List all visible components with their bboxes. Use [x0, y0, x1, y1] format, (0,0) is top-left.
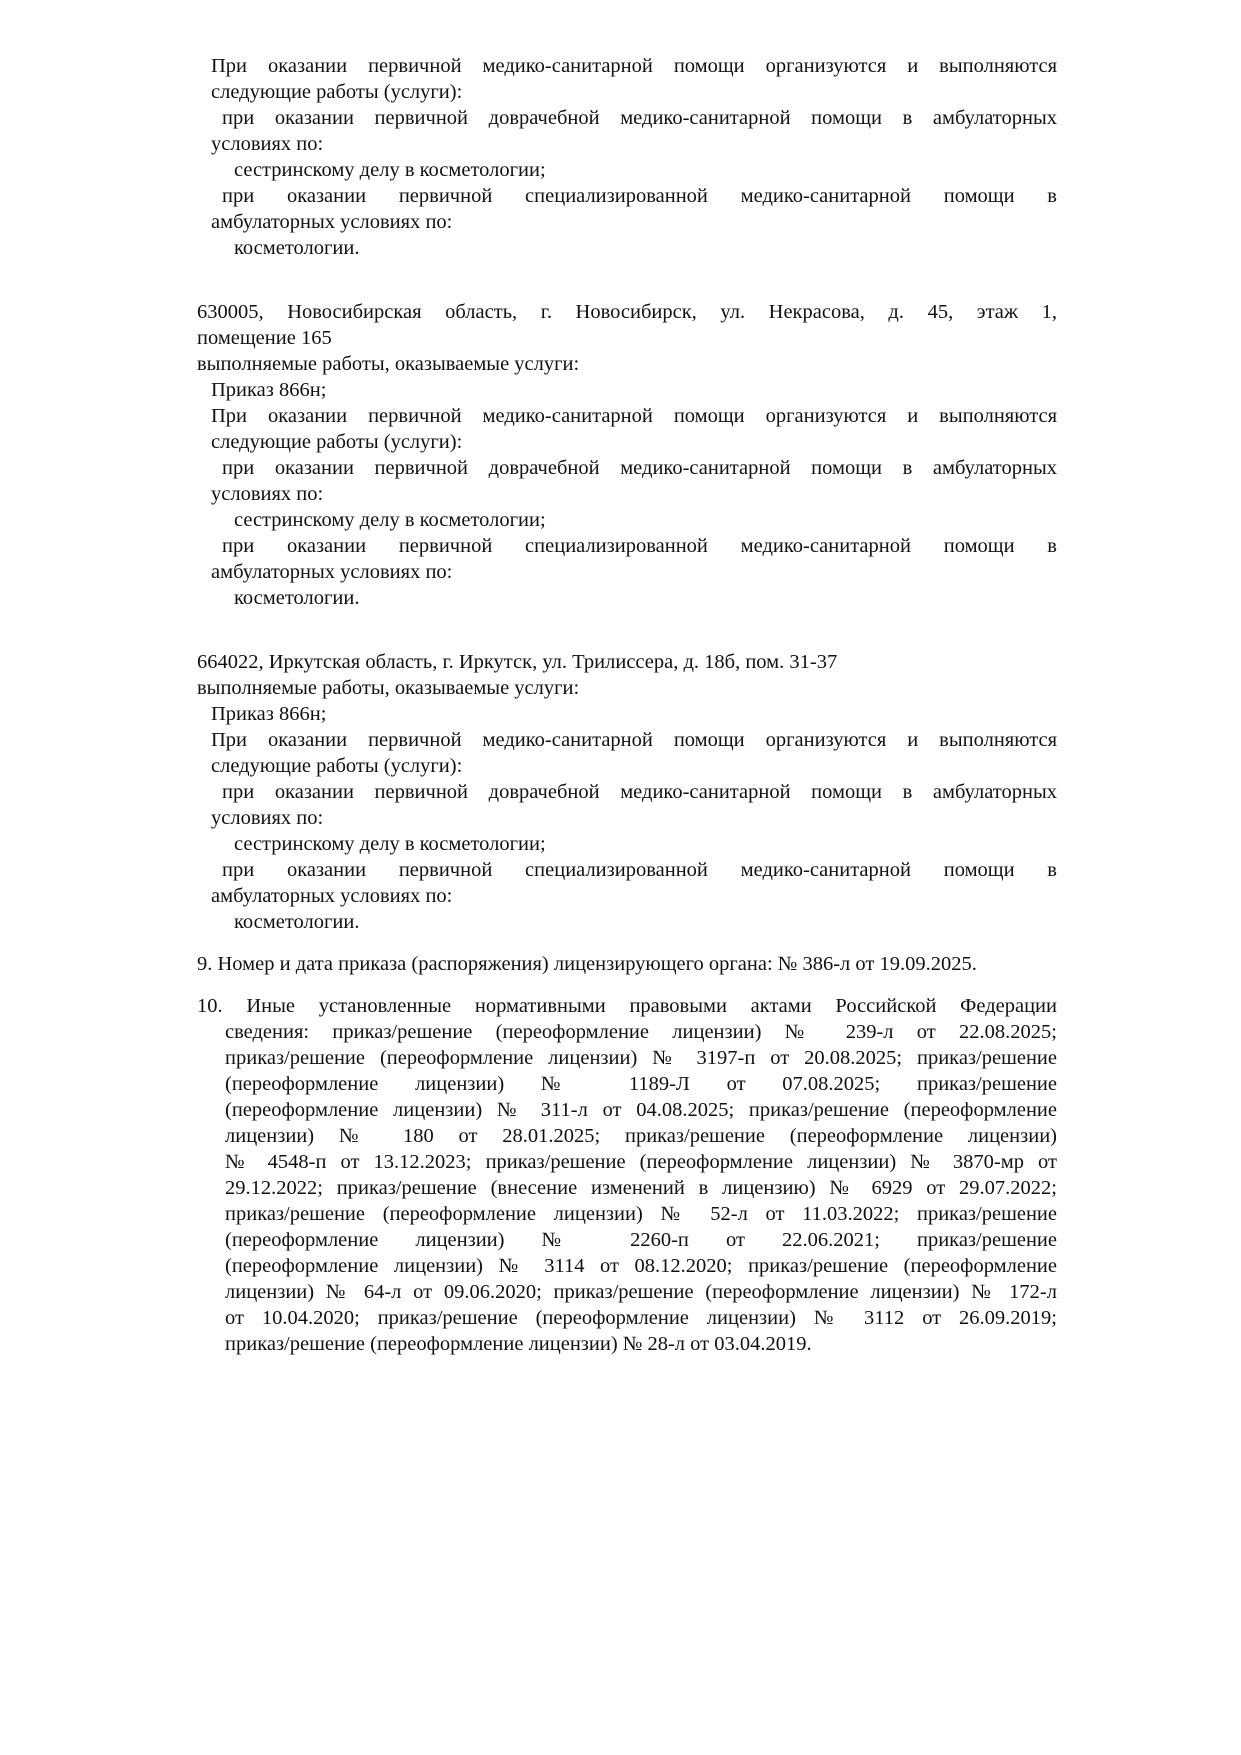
item-10-lines: сведения: приказ/решение (переоформление…: [197, 1019, 1057, 1357]
order-reference: Приказ 866н;: [197, 377, 1057, 403]
service-line: при оказании первичной доврачебной медик…: [197, 455, 1057, 481]
document-page: При оказании первичной медико-санитарной…: [197, 53, 1057, 1357]
service-line: косметологии.: [197, 235, 1057, 261]
service-line: следующие работы (услуги):: [197, 753, 1057, 779]
item-10-line: от 10.04.2020; приказ/решение (переоформ…: [225, 1305, 1057, 1331]
service-line: сестринскому делу в косметологии;: [197, 507, 1057, 533]
service-line: При оказании первичной медико-санитарной…: [197, 727, 1057, 753]
service-line: При оказании первичной медико-санитарной…: [197, 53, 1057, 79]
service-line: следующие работы (услуги):: [197, 429, 1057, 455]
service-line: амбулаторных условиях по:: [197, 883, 1057, 909]
address-section: 630005, Новосибирская область, г. Новоси…: [197, 261, 1057, 611]
services-label: выполняемые работы, оказываемые услуги:: [197, 675, 1057, 701]
service-line: сестринскому делу в косметологии;: [197, 157, 1057, 183]
service-line: при оказании первичной специализированно…: [197, 857, 1057, 883]
item-10-line: (переоформление лицензии) № 2260-п от 22…: [225, 1227, 1057, 1253]
item-9-order-number: 9. Номер и дата приказа (распоряжения) л…: [197, 951, 1057, 977]
address-line: помещение 165: [197, 325, 1057, 351]
license-sections: При оказании первичной медико-санитарной…: [197, 53, 1057, 935]
service-line: следующие работы (услуги):: [197, 79, 1057, 105]
service-line: при оказании первичной доврачебной медик…: [197, 779, 1057, 805]
item-10-other-info: 10. Иные установленные нормативными прав…: [197, 993, 1057, 1357]
item-10-line: (переоформление лицензии) № 1189-Л от 07…: [225, 1071, 1057, 1097]
service-line: условиях по:: [197, 805, 1057, 831]
item-10-line: приказ/решение (переоформление лицензии)…: [225, 1331, 1057, 1357]
item-10-heading: 10. Иные установленные нормативными прав…: [197, 993, 1057, 1019]
address-section: 664022, Иркутская область, г. Иркутск, у…: [197, 611, 1057, 935]
address-line: 630005, Новосибирская область, г. Новоси…: [197, 299, 1057, 325]
item-10-line: лицензии) № 180 от 28.01.2025; приказ/ре…: [225, 1123, 1057, 1149]
order-reference: Приказ 866н;: [197, 701, 1057, 727]
service-line: амбулаторных условиях по:: [197, 209, 1057, 235]
services-label: выполняемые работы, оказываемые услуги:: [197, 351, 1057, 377]
item-10-line: № 4548-п от 13.12.2023; приказ/решение (…: [225, 1149, 1057, 1175]
service-line: условиях по:: [197, 481, 1057, 507]
service-line: при оказании первичной специализированно…: [197, 183, 1057, 209]
service-line: косметологии.: [197, 585, 1057, 611]
service-line: условиях по:: [197, 131, 1057, 157]
item-10-line: лицензии) № 64-л от 09.06.2020; приказ/р…: [225, 1279, 1057, 1305]
service-line: сестринскому делу в косметологии;: [197, 831, 1057, 857]
service-line: При оказании первичной медико-санитарной…: [197, 403, 1057, 429]
address-line: 664022, Иркутская область, г. Иркутск, у…: [197, 649, 1057, 675]
service-line: при оказании первичной специализированно…: [197, 533, 1057, 559]
address-section: При оказании первичной медико-санитарной…: [197, 53, 1057, 261]
item-10-line: 29.12.2022; приказ/решение (внесение изм…: [225, 1175, 1057, 1201]
item-10-line: приказ/решение (переоформление лицензии)…: [225, 1201, 1057, 1227]
item-10-line: (переоформление лицензии) № 311-л от 04.…: [225, 1097, 1057, 1123]
service-line: при оказании первичной доврачебной медик…: [197, 105, 1057, 131]
service-line: косметологии.: [197, 909, 1057, 935]
item-10-line: сведения: приказ/решение (переоформление…: [225, 1019, 1057, 1045]
service-line: амбулаторных условиях по:: [197, 559, 1057, 585]
item-10-line: (переоформление лицензии) № 3114 от 08.1…: [225, 1253, 1057, 1279]
item-10-line: приказ/решение (переоформление лицензии)…: [225, 1045, 1057, 1071]
